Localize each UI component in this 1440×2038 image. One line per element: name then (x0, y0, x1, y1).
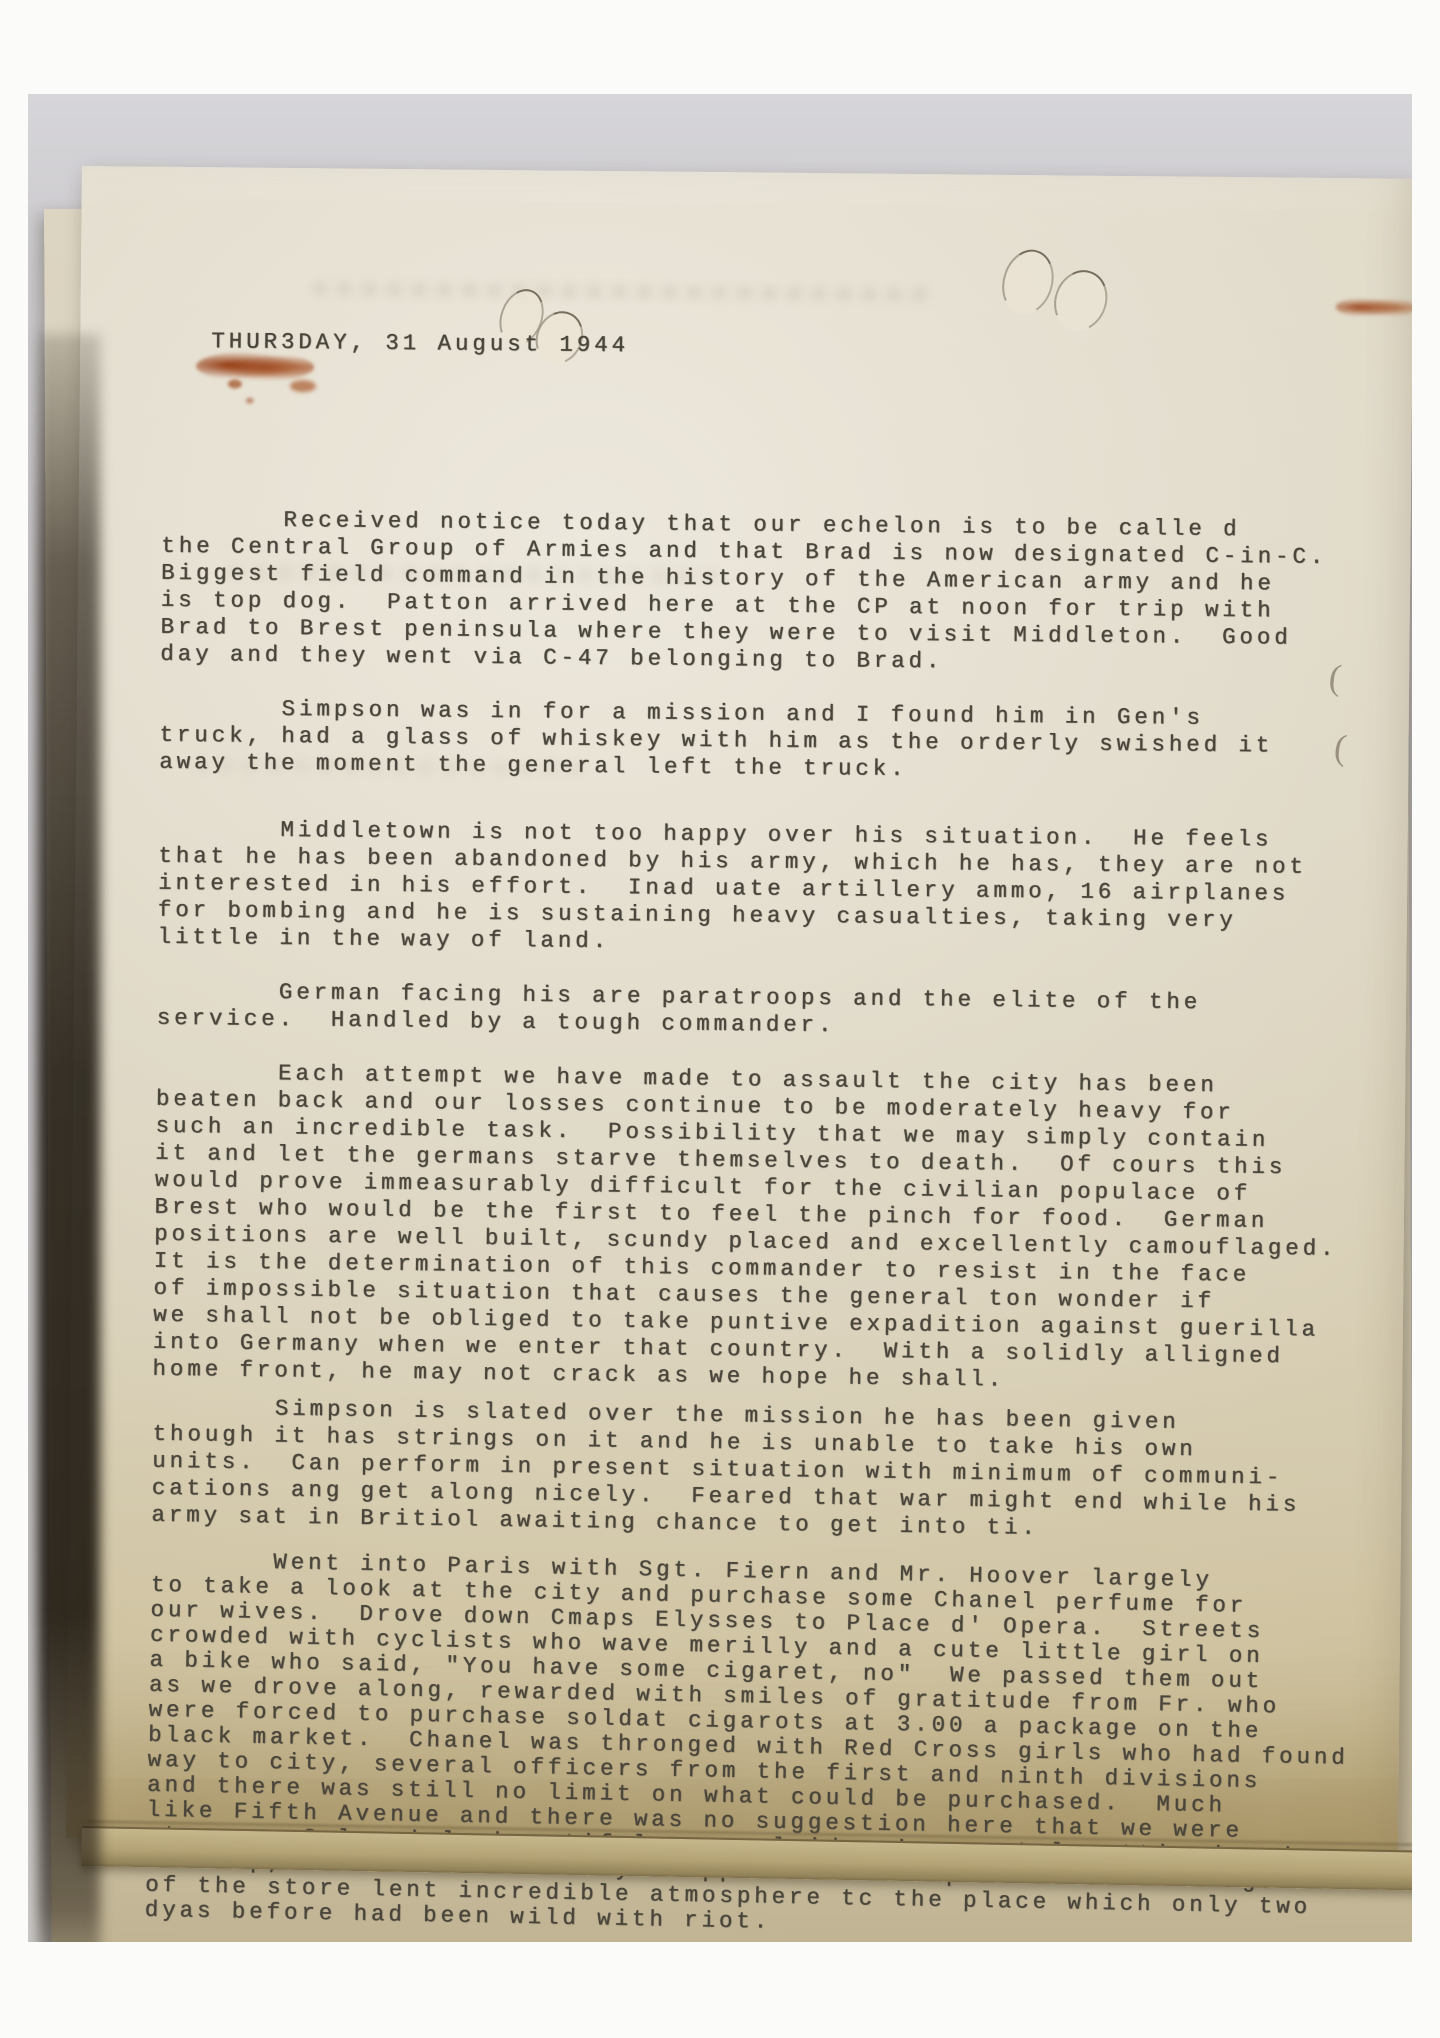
typed-sheet: ( ( THUR3DAY, 31 August 1944 Received no… (66, 166, 1412, 1851)
typed-paragraph: Middletown is not too happy over his sit… (157, 816, 1393, 963)
typed-paragraph: Each attempt we have made to assault the… (152, 1059, 1391, 1399)
date-heading: THUR3DAY, 31 August 1944 (163, 328, 1398, 367)
typed-paragraph: German facing his are paratroops and the… (157, 978, 1393, 1046)
typed-paragraph: Simpson is slated over the mission he ha… (151, 1394, 1388, 1547)
document-photo: DER ( ( THUR3DAY, 31 August 1944 Receive… (28, 94, 1412, 1942)
typewritten-text: THUR3DAY, 31 August 1944 Received notice… (148, 274, 1399, 1942)
typed-paragraph: Received notice today that our echelon i… (160, 506, 1396, 680)
typed-paragraph: Simpson was in for a mission and I found… (159, 695, 1395, 788)
page-background: { "scan": { "folder_edge_label": "DER", … (0, 0, 1440, 2038)
typed-paragraphs: Received notice today that our echelon i… (148, 506, 1397, 1935)
